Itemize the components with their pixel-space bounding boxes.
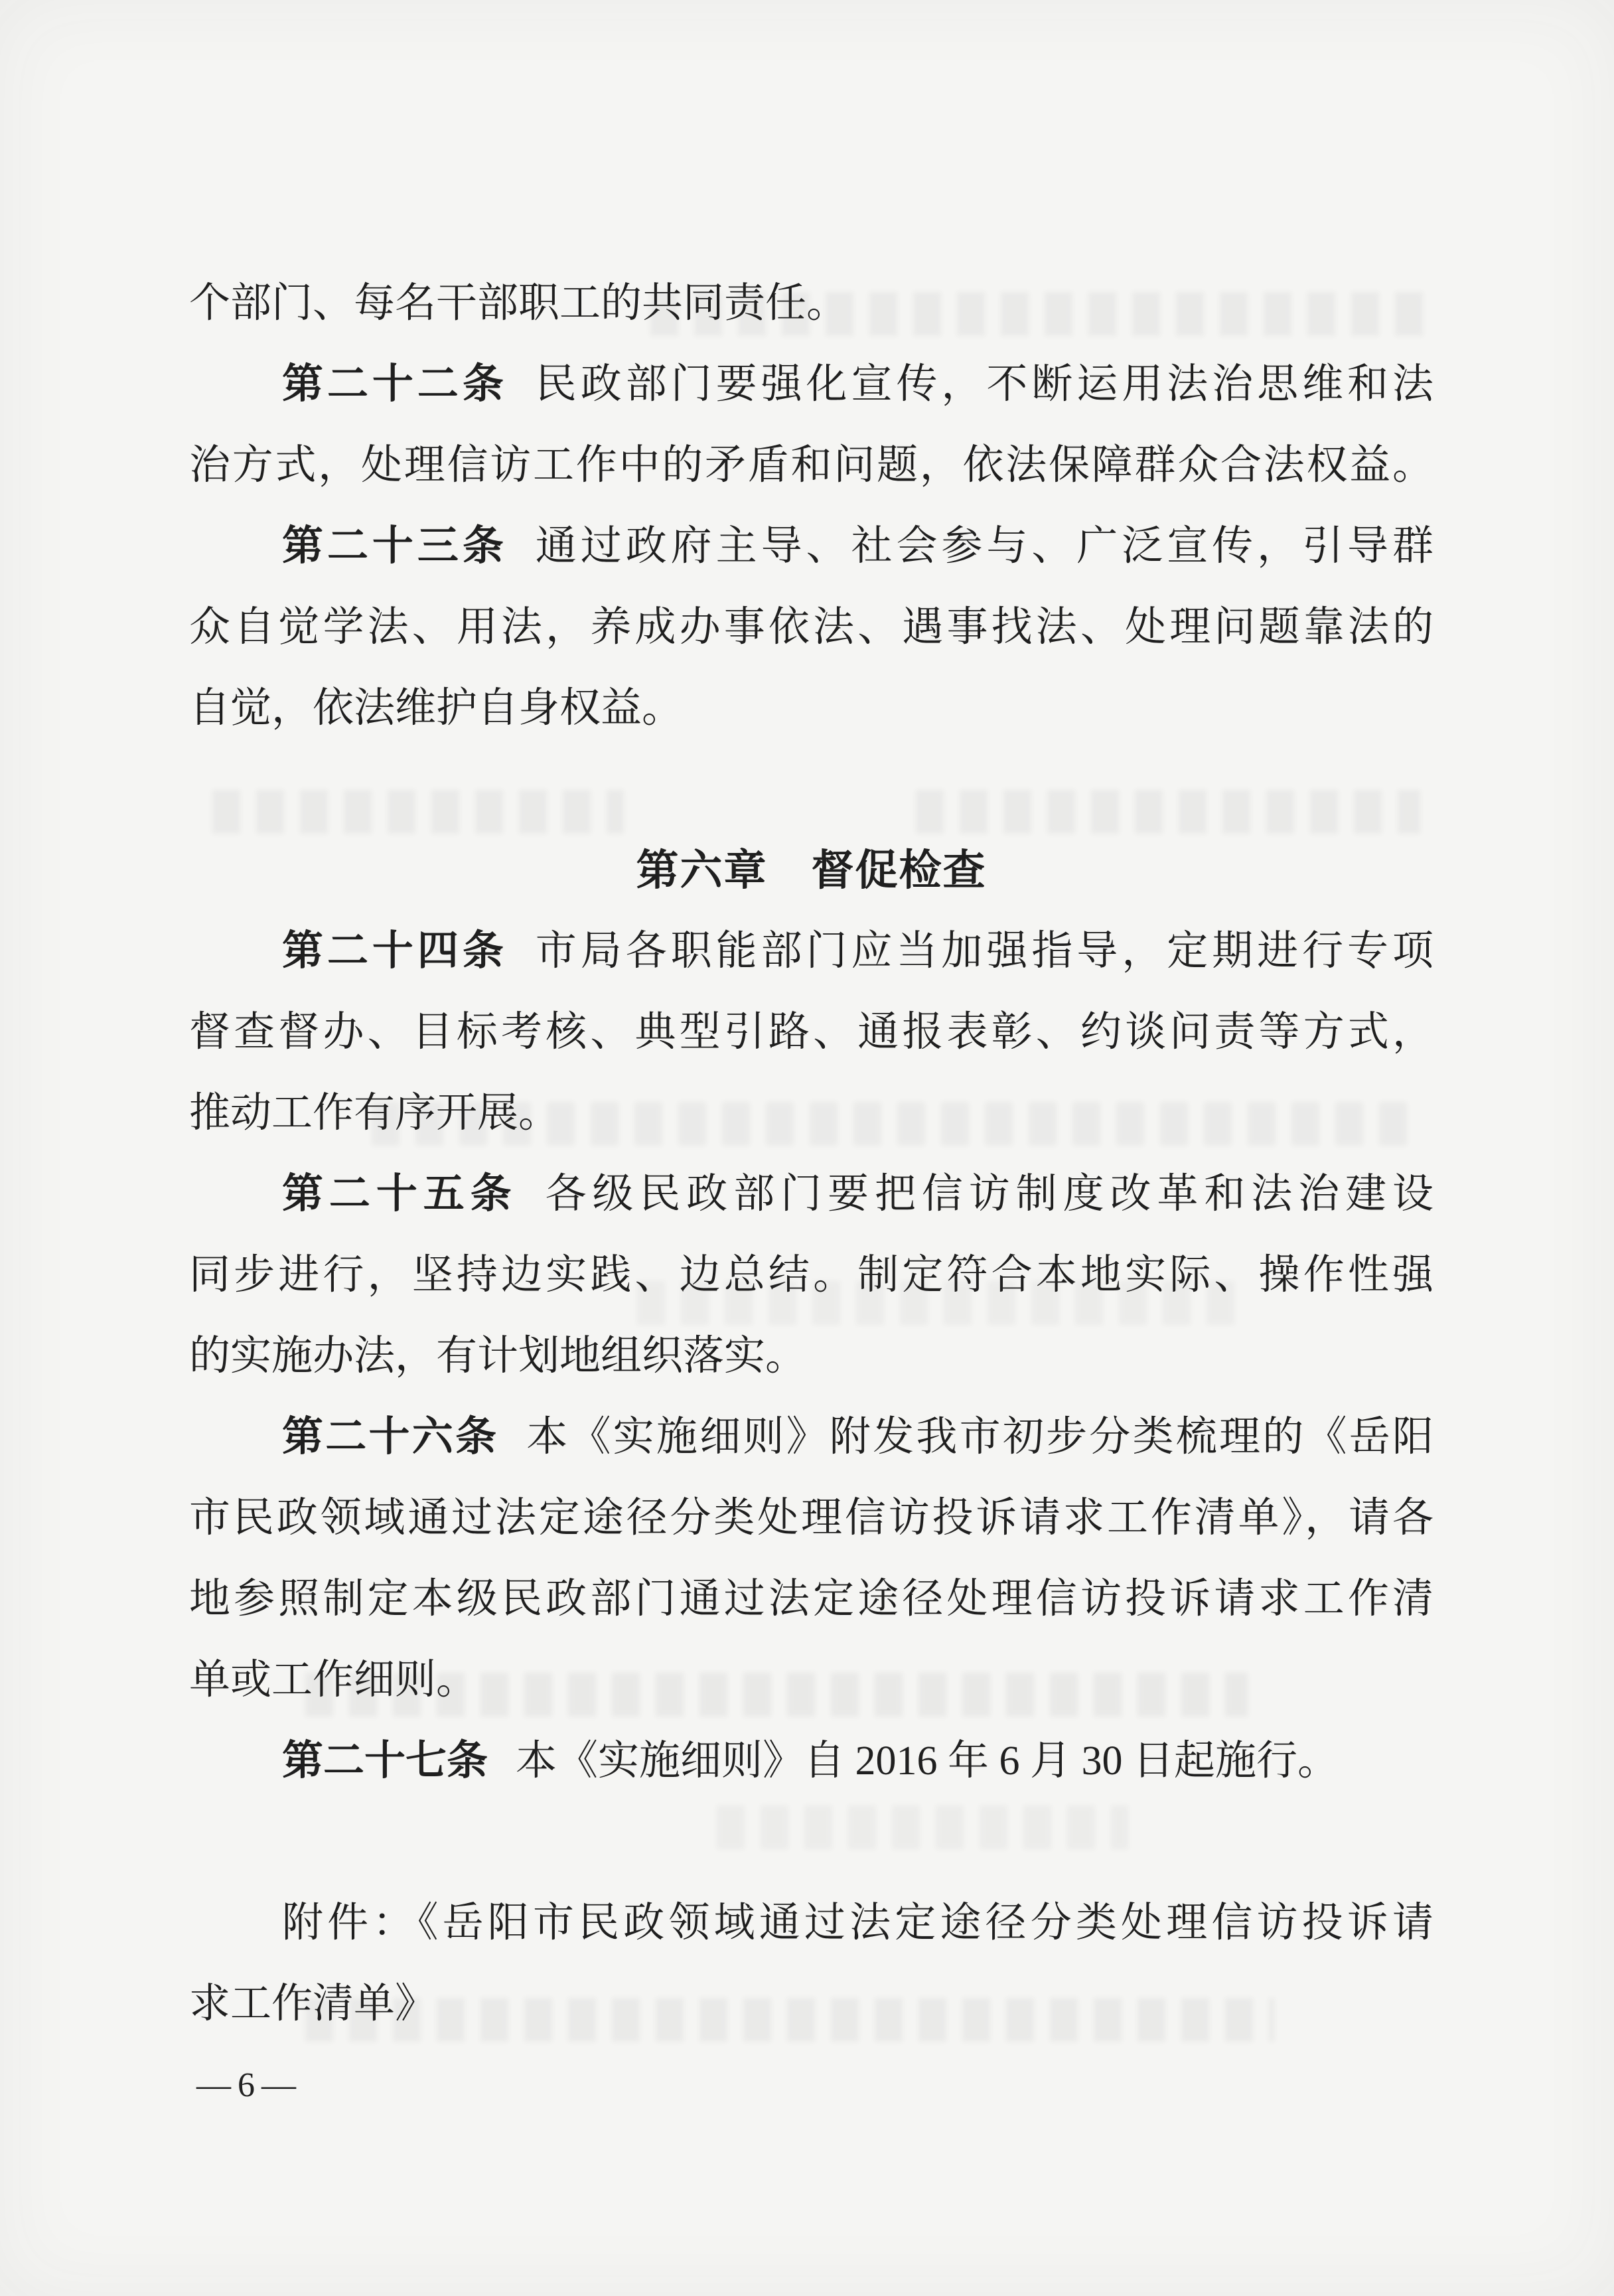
article-25-line-3: 的实施办法，有计划地组织落实。: [189, 1316, 1433, 1397]
attachment-line-2: 求工作清单》: [189, 1963, 1433, 2044]
article-26-text: 本《实施细则》附发我市初步分类梳理的《岳阳: [526, 1415, 1433, 1460]
article-25-number: 第二十五条: [282, 1171, 518, 1217]
article-23-line-1: 第二十三条通过政府主导、社会参与、广泛宣传，引导群: [189, 506, 1433, 587]
article-22-line-2: 治方式，处理信访工作中的矛盾和问题，依法保障群众合法权益。: [189, 425, 1433, 506]
article-26-line-4: 单或工作细则。: [189, 1640, 1433, 1721]
article-24-line-3: 推动工作有序开展。: [189, 1073, 1433, 1154]
article-24-line-1: 第二十四条市局各职能部门应当加强指导，定期进行专项: [189, 911, 1433, 992]
article-27-number: 第二十七条: [282, 1738, 488, 1784]
article-22-line-1: 第二十二条民政部门要强化宣传，不断运用法治思维和法: [189, 344, 1433, 425]
page-number: —6—: [196, 2066, 303, 2105]
article-25-line-1: 第二十五条各级民政部门要把信访制度改革和法治建设: [189, 1154, 1433, 1235]
scanned-document-page: 个部门、每名干部职工的共同责任。 第二十二条民政部门要强化宣传，不断运用法治思维…: [0, 0, 1614, 2296]
article-22-text: 民政部门要强化宣传，不断运用法治思维和法: [536, 362, 1433, 407]
article-26-number: 第二十六条: [282, 1414, 498, 1460]
article-27-text: 本《实施细则》自 2016 年 6 月 30 日起施行。: [516, 1738, 1339, 1784]
article-26-line-2: 市民政领域通过法定途径分类处理信访投诉请求工作清单》，请各: [189, 1478, 1433, 1559]
article-25-text: 各级民政部门要把信访制度改革和法治建设: [546, 1172, 1433, 1217]
article-24-text: 市局各职能部门应当加强指导，定期进行专项: [536, 929, 1433, 974]
continuation-line: 个部门、每名干部职工的共同责任。: [189, 263, 1433, 344]
document-body: 个部门、每名干部职工的共同责任。 第二十二条民政部门要强化宣传，不断运用法治思维…: [189, 263, 1433, 2044]
article-23-number: 第二十三条: [282, 523, 508, 569]
chapter-heading: 第六章 督促检查: [189, 830, 1433, 911]
article-26-line-3: 地参照制定本级民政部门通过法定途径处理信访投诉请求工作清: [189, 1559, 1433, 1640]
article-24-number: 第二十四条: [282, 928, 508, 974]
article-23-line-2: 众自觉学法、用法，养成办事依法、遇事找法、处理问题靠法的: [189, 587, 1433, 668]
article-27-line-1: 第二十七条本《实施细则》自 2016 年 6 月 30 日起施行。: [189, 1721, 1433, 1801]
article-25-line-2: 同步进行，坚持边实践、边总结。制定符合本地实际、操作性强: [189, 1235, 1433, 1316]
article-26-line-1: 第二十六条本《实施细则》附发我市初步分类梳理的《岳阳: [189, 1397, 1433, 1478]
article-22-number: 第二十二条: [282, 361, 508, 407]
article-23-text: 通过政府主导、社会参与、广泛宣传，引导群: [536, 524, 1433, 569]
article-24-line-2: 督查督办、目标考核、典型引路、通报表彰、约谈问责等方式，: [189, 992, 1433, 1073]
article-23-line-3: 自觉，依法维护自身权益。: [189, 668, 1433, 749]
attachment-line-1: 附件：《岳阳市民政领域通过法定途径分类处理信访投诉请: [189, 1882, 1433, 1963]
